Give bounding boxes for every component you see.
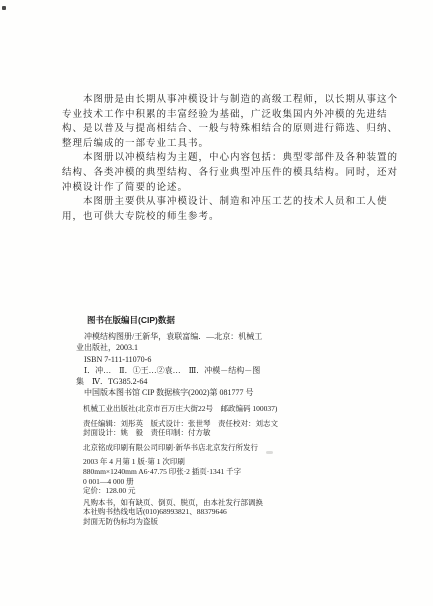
text-line: 本图册以冲模结构为主题，中心内容包括：典型零部件及各种装置的	[62, 151, 378, 166]
text-line: 业出版社，2003.1	[76, 342, 346, 353]
text-line: 封面无防伪标均为盗版	[83, 517, 383, 527]
text-line: 本社购书热线电话(010)68993821、88379646	[83, 507, 383, 517]
printer-distributor-line: 北京铭成印刷有限公司印刷·新华书店北京发行所发行	[83, 443, 383, 453]
book-summary-paragraphs: 本图册是由长期从事冲模设计与制造的高级工程师，以长期从事这个专业技术工作中积累的…	[62, 93, 378, 224]
text-line: 本图册主要供从事冲模设计、制造和冲压工艺的技术人员和工人使	[62, 195, 378, 210]
print-spec-lines: 2003 年 4 月第 1 版·第 1 次印刷880mm×1240mm A6·4…	[83, 457, 383, 495]
text-line: 用，也可供大专院校的师生参考。	[62, 210, 378, 225]
text-line: 冲模设计作了简要的论述。	[62, 181, 378, 196]
cip-record: 冲模结构图册/王新华，袁联富编．—北京：机械工业出版社，2003.1 ISBN …	[76, 331, 346, 398]
cip-heading: 图书在版编目(CIP)数据	[87, 315, 346, 326]
text-line: 本图册是由长期从事冲模设计与制造的高级工程师，以长期从事这个	[62, 93, 378, 108]
text-line: Ⅰ．冲… Ⅱ．①王…②袁… Ⅲ．冲模－结构－图	[76, 365, 346, 376]
text-line: 冲模结构图册/王新华，袁联富编．—北京：机械工	[76, 331, 346, 342]
text-line: 2003 年 4 月第 1 版·第 1 次印刷	[83, 457, 383, 467]
text-line: ISBN 7-111-11070-6	[76, 354, 346, 365]
purchase-notice-lines: 凡购本书，如有缺页、倒页、脱页，由本社发行部调换本社购书热线电话(010)689…	[83, 498, 383, 527]
text-line: 0 001—4 000 册	[83, 477, 383, 487]
text-line: 集 Ⅳ．TG385.2-64	[76, 376, 346, 387]
editorial-staff-lines: 责任编辑：刘彤英 版式设计：张世琴 责任校对：刘志文封面设计：姚 毅 责任印制：…	[83, 419, 383, 438]
text-line: 专业技术工作中积累的丰富经验为基础，广泛收集国内外冲模的先进结	[62, 108, 378, 123]
text-line: 封面设计：姚 毅 责任印制：付方敏	[83, 428, 383, 438]
text-line: 整理后编成的一部专业工具书。	[62, 137, 378, 152]
publisher-address-line: 机械工业出版社(北京市百万庄大街22号 邮政编码 100037)	[83, 404, 383, 414]
text-line: 880mm×1240mm A6·47.75 印张·2 插页·1341 千字	[83, 467, 383, 477]
publication-info: 机械工业出版社(北京市百万庄大街22号 邮政编码 100037) 责任编辑：刘彤…	[83, 404, 383, 527]
cip-section: 图书在版编目(CIP)数据 冲模结构图册/王新华，袁联富编．—北京：机械工业出版…	[76, 315, 346, 398]
text-line: 中国版本图书馆 CIP 数据核字(2002)第 081777 号	[76, 387, 346, 398]
text-line: 结构、各类冲模的典型结构、各行业典型冲压件的模具结构。同时，还对	[62, 166, 378, 181]
text-line: 责任编辑：刘彤英 版式设计：张世琴 责任校对：刘志文	[83, 419, 383, 429]
text-line: 凡购本书，如有缺页、倒页、脱页，由本社发行部调换	[83, 498, 383, 508]
text-line: 定价：128.00 元	[83, 486, 383, 496]
text-line: 构、是以普及与提高相结合、一般与特殊相结合的原则进行筛选、归纳、	[62, 122, 378, 137]
scan-artifact	[2, 6, 6, 10]
book-copyright-page: 本图册是由长期从事冲模设计与制造的高级工程师，以长期从事这个专业技术工作中积累的…	[0, 0, 433, 606]
